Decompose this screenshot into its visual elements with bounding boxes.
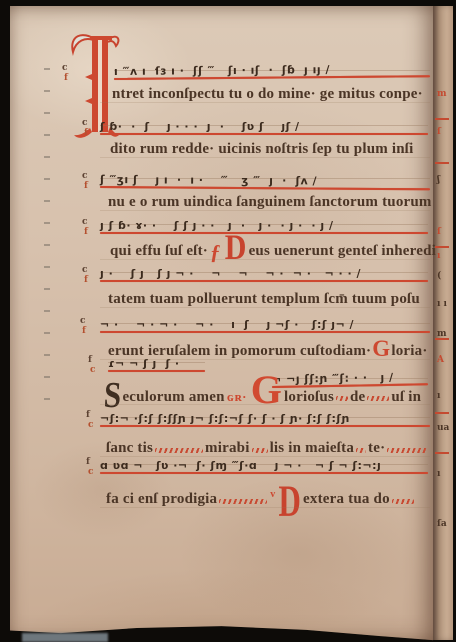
sliver-staff-fragment <box>435 338 449 340</box>
sliver-text-fragment: ı <box>437 252 440 261</box>
neume-run-6: ¬ · ¬ · ¬ · ¬ · ı ʃ ȷ ¬ʃ · ʃ:ʃ ȷ¬ ∕ <box>100 319 354 330</box>
pricking-mark <box>44 200 50 202</box>
gradual-rubric: ɢʀ· <box>225 388 249 405</box>
chant-text: loria· <box>391 343 427 360</box>
clef-letter-c: f <box>88 356 92 365</box>
sliver-text-fragment: m <box>437 90 447 99</box>
chant-text: extera tua do <box>303 491 390 508</box>
neume-run-1: ı ‴ʌ ı ſɜ ı · ʃʃ ‴ ʃı · ıʃ · ʃɓ ȷ ıȷ ∕ <box>114 64 330 77</box>
chant-text: te· <box>368 440 385 457</box>
chant-text-row-8: ſanc tismirabilis in maieſtate· <box>106 440 429 457</box>
pricking-mark <box>44 90 50 92</box>
red-line-filler <box>252 448 268 453</box>
clef-letter-f: f <box>82 327 86 336</box>
facing-page-sliver <box>433 6 453 640</box>
clef-letter-f: f <box>84 276 88 285</box>
staff-red-line-9 <box>100 425 430 427</box>
staff-red-line-5 <box>100 280 428 282</box>
clef-letter-c: c <box>82 218 87 227</box>
text-baseline-rule <box>100 507 430 508</box>
chant-text: qui effu ſuſ eſt· <box>110 243 208 260</box>
pricking-mark <box>44 310 50 312</box>
background-patch <box>22 633 108 642</box>
neume-run-3: ʃ ‴ʒı ʃ ȷ ı · ı · ‴ ʒ ‴ ȷ · ʃʌ ∕ <box>100 174 317 187</box>
pricking-mark <box>44 68 50 70</box>
clef-letter-f: c <box>88 468 93 477</box>
clef-letter-c: c <box>62 64 67 73</box>
chant-text-row-2: dito rum redde· uicinis noſtris ſep tu p… <box>110 141 414 158</box>
red-line-filler <box>356 448 366 453</box>
chant-text: ſanc tis <box>106 440 153 457</box>
clef-letter-f: f <box>84 228 88 237</box>
sliver-staff-fragment <box>435 412 449 414</box>
sliver-text-fragment: ʃ <box>437 176 440 185</box>
red-line-filler <box>155 448 203 453</box>
manuscript-photo: cfı ‴ʌ ı ſɜ ı · ʃʃ ‴ ʃı · ıʃ · ʃɓ ȷ ıȷ ∕… <box>0 0 456 642</box>
red-line-filler <box>219 499 267 504</box>
staff-red-line-7 <box>108 370 205 372</box>
red-line-filler <box>387 448 427 453</box>
red-line-filler <box>392 499 414 504</box>
chant-text: eus uenerunt genteſ inheredi <box>249 243 436 260</box>
clef-letter-f: f <box>84 182 88 191</box>
neume-run-9: ¬ʃ:¬ ·ʃ:ʃ ʃ:ʃʃɲ ȷ¬ ʃ:ʃ:¬ʃ ʃ· ʃ · ʃ ɲ· ʃ:… <box>100 413 350 424</box>
text-baseline-rule <box>100 259 430 260</box>
chant-text: tatem tuam polluerunt templum ſcm̄ tuum … <box>108 291 420 308</box>
pricking-mark <box>44 266 50 268</box>
clef-letter-c: c <box>82 266 87 275</box>
sliver-text-fragment: ua <box>437 424 449 433</box>
chant-text: mirabi <box>205 440 250 457</box>
pricking-mark <box>44 244 50 246</box>
chant-text: lis in maieſta <box>270 440 354 457</box>
clef-letter-f: f <box>64 74 68 83</box>
staff-red-line-4 <box>100 232 428 234</box>
clef-letter-c: c <box>82 172 87 181</box>
red-line-filler <box>367 396 389 401</box>
neume-run-8: ¬ ¬ȷ ʃʃ:ɲ ‴ʃ: · · ȷ ∕ <box>272 372 394 385</box>
sliver-text-fragment: ( <box>437 272 441 281</box>
sliver-text-fragment: ı <box>437 392 440 401</box>
sliver-staff-fragment <box>435 118 449 120</box>
clef-letter-f: f <box>84 129 88 138</box>
pricking-mark <box>44 398 50 400</box>
clef-letter-c: f <box>86 458 90 467</box>
pricking-mark <box>44 178 50 180</box>
red-line-filler <box>336 396 348 401</box>
sliver-staff-fragment <box>435 452 449 454</box>
staff-red-line-6 <box>100 331 430 333</box>
text-baseline-rule <box>100 157 430 158</box>
neume-run-4: ȷ ʃ ɓ· ɤ· · ʃ ʃ ȷ · · ȷ · ȷ · · ȷ · · ȷ … <box>100 220 334 231</box>
text-baseline-rule <box>100 359 430 360</box>
sliver-text-fragment: ſa <box>437 520 447 529</box>
chant-text-row-4: qui effu ſuſ eſt·ƒDeus uenerunt genteſ i… <box>110 243 436 260</box>
clef-letter-c: c <box>80 317 85 326</box>
neume-run-10: ɑ ʋɑ ¬ ʃʋ ·¬ ʃ· ʃɱ ‴ʃ·ɑ ȷ ¬ · ¬ ʃ ¬ ʃ:¬:… <box>100 460 381 471</box>
text-baseline-rule <box>100 307 430 308</box>
text-baseline-rule <box>100 102 430 103</box>
sliver-text-fragment: ſ <box>437 228 441 237</box>
chant-text: fa ci enſ prodigia <box>106 491 217 508</box>
pricking-mark <box>44 376 50 378</box>
clef-letter-c: c <box>82 119 87 128</box>
chant-text: erunt ieruſalem in pomorum cuſtodiam· <box>108 343 371 360</box>
chant-text-row-6: erunt ieruſalem in pomorum cuſtodiam·Glo… <box>108 343 428 360</box>
neume-run-5: ȷ · ʃ ȷ ʃ ȷ ¬ · ¬ ¬ ¬ · ¬ · ¬ · · ∕ <box>100 268 361 279</box>
chant-text: ntret inconſpectu tu o do mine· ge mitus… <box>112 86 423 103</box>
pricking-mark <box>44 222 50 224</box>
pricking-mark <box>44 332 50 334</box>
versus-sign: v <box>269 486 276 503</box>
chant-text-row-3: nu e o rum uindica ſanguinem ſanctorum t… <box>108 194 432 211</box>
clef-letter-c: f <box>86 411 90 420</box>
chant-text: nu e o rum uindica ſanguinem ſanctorum t… <box>108 194 432 211</box>
pricking-mark <box>44 134 50 136</box>
sliver-text-fragment: A <box>437 356 444 365</box>
chant-text: dito rum redde· uicinis noſtris ſep tu p… <box>110 141 414 158</box>
clef-letter-f: c <box>88 421 93 430</box>
neume-run-2: ʃ ɓ· · ʃ ȷ · · · ȷ · ʃʋ ʃ ȷʃ ∕ <box>100 121 300 132</box>
chant-text-row-5: tatem tuam polluerunt templum ſcm̄ tuum … <box>108 291 420 308</box>
text-baseline-rule <box>100 404 430 405</box>
pricking-mark <box>44 112 50 114</box>
text-baseline-rule <box>100 456 430 457</box>
sliver-staff-fragment <box>435 162 449 164</box>
text-baseline-rule <box>100 210 430 211</box>
pricking-mark <box>44 288 50 290</box>
staff-red-line-2 <box>100 133 428 135</box>
sliver-staff-fragment <box>435 246 449 248</box>
sliver-text-fragment: ı ı <box>437 300 447 309</box>
sliver-text-fragment: ı <box>437 470 440 479</box>
pricking-mark <box>44 156 50 158</box>
sliver-text-fragment: ſ <box>437 128 441 137</box>
chant-text-row-1: ntret inconſpectu tu o do mine· ge mitus… <box>112 86 423 103</box>
staff-red-line-10 <box>100 472 428 474</box>
pricking-mark <box>44 354 50 356</box>
clef-letter-f: c <box>90 366 95 375</box>
